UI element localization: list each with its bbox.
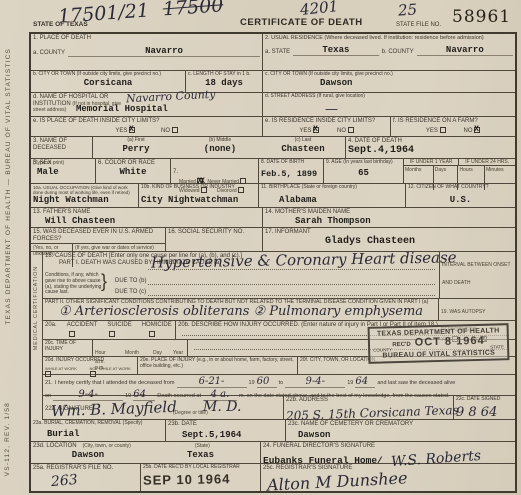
row-burial: 23a. BURIAL, CREMATION, REMOVAL (Specify…	[31, 420, 515, 442]
field-race: 6. COLOR OR RACE White	[96, 159, 171, 183]
row-city-stay: b. CITY OR TOWN (If outside city limits,…	[31, 71, 515, 93]
street-address-value: —	[325, 102, 338, 117]
suicide-label: SUICIDE	[107, 322, 131, 329]
field-autopsy: 19. WAS AUTOPSY PERFORMED? YES NO X	[439, 299, 515, 320]
location-city-value: Dawson	[33, 450, 143, 460]
occupation-value: Night Watchman	[33, 195, 136, 205]
middle-name-value: (none)	[181, 144, 259, 154]
row-name-dod: 3. NAME OF DECEASED (Type or print) (a) …	[31, 137, 515, 159]
hour-label: Hour	[95, 350, 106, 356]
to-word: to	[279, 380, 284, 386]
field-cemetery: 23c. NAME OF CEMETERY OR CREMATORY Dawso…	[286, 420, 515, 441]
field-citizen: 12. CITIZEN OF WHAT COUNTRY? U.S.	[406, 184, 515, 207]
printed-19-a: 19	[249, 380, 255, 386]
location-state-value: Texas	[143, 450, 258, 460]
accident-checkbox	[69, 331, 75, 337]
length-of-stay-label: c. LENGTH OF STAY in 1 b.	[188, 72, 260, 78]
field-informant: 17. INFORMANT Gladys Chasteen	[263, 228, 515, 251]
handwritten-page-number: 25	[397, 0, 417, 19]
burial-label: 23a. BURIAL, CREMATION, REMOVAL (Specify…	[33, 421, 163, 427]
homicide-checkbox	[149, 331, 155, 337]
residence-city-value: Dawson	[320, 78, 513, 88]
certificate-form: 1. PLACE OF DEATH a. COUNTY Navarro 2. U…	[29, 32, 517, 493]
death-limits-no: NO	[161, 127, 178, 135]
place-county-value: Navarro	[68, 46, 260, 57]
burial-date-value: Sept.5,1964	[182, 430, 283, 440]
printed-19-b: 19	[347, 380, 353, 386]
place-of-death-label: 1. PLACE OF DEATH	[33, 35, 260, 42]
year-label: Year	[173, 350, 183, 356]
if-under-24-hrs-label: IF UNDER 24 HRS.	[458, 159, 515, 165]
row-sex-race-age: 5. SEX Male 6. COLOR OR RACE White 7. Ma…	[31, 159, 515, 184]
field-occupation: 10a. USUAL OCCUPATION (Give kind of work…	[31, 184, 139, 207]
field-last-name: (c) Last Chasteen	[261, 137, 346, 158]
field-registrar-file-no: 25a. REGISTRAR'S FILE NO. 263	[31, 464, 141, 491]
day-label: Day	[153, 350, 162, 356]
row-part2-autopsy: PART II. OTHER SIGNIFICANT CONDITIONS CO…	[43, 299, 515, 321]
certify-text2: and last saw the deceased alive	[377, 380, 455, 386]
cemetery-label: 23c. NAME OF CEMETERY OR CREMATORY	[288, 421, 513, 428]
field-residence-city: c. CITY OR TOWN (If outside city limits,…	[263, 71, 515, 92]
certificate-header: STATE OF TEXAS 17501/2117500 CERTIFICATE…	[0, 0, 521, 32]
field-certification: 21. I hereby certify that I attended the…	[43, 375, 515, 395]
attended-to-date: 9-4-	[285, 376, 345, 388]
field-industry: 10b. KIND OF BUSINESS OR INDUSTRY City N…	[139, 184, 259, 207]
field-burial-location: 23d. LOCATION (City, town, or county) (S…	[31, 442, 261, 463]
armed-forces-label: 15. WAS DECEASED EVER IN U.S. ARMED FORC…	[31, 228, 165, 244]
field-time-of-injury: 20c. TIME OF INJURY	[43, 340, 93, 356]
residence-county-value: Navarro	[417, 45, 513, 56]
last-name-value: Chasteen	[263, 144, 343, 154]
date-of-death-label: 4. DATE OF DEATH	[348, 138, 513, 145]
field-death-city-limits: e. IS PLACE OF DEATH INSIDE CITY LIMITS?…	[31, 117, 263, 136]
received-stamp: TEXAS DEPARTMENT OF HEALTH REC'D OCT 8 1…	[368, 323, 510, 364]
sex-label: 5. SEX	[33, 160, 93, 167]
industry-label: 10b. KIND OF BUSINESS OR INDUSTRY	[141, 185, 256, 191]
field-injury-month: Month	[123, 340, 151, 356]
cemetery-value: Dawson	[298, 430, 513, 440]
death-certificate-scan: TEXAS DEPARTMENT OF HEALTH — BUREAU OF V…	[0, 0, 521, 495]
death-limits-no-checkbox	[172, 127, 178, 133]
field-place-city: b. CITY OR TOWN (If outside city limits,…	[31, 71, 186, 92]
row-registrar: 25a. REGISTRAR'S FILE NO. 263 25b. DATE …	[31, 464, 515, 491]
row-occupation: 10a. USUAL OCCUPATION (Give kind of work…	[31, 184, 515, 208]
field-date-signed: 22c. DATE SIGNED 9 8 64	[454, 396, 515, 419]
registrar-received-label: 25b. DATE REC'D BY LOCAL REGISTRAR	[143, 465, 258, 471]
medical-strip: MEDICAL CERTIFICATION	[31, 252, 43, 420]
field-registrar-signature: 25c. REGISTRAR'S SIGNATURE Alton M Dunsh…	[261, 464, 515, 491]
field-birthplace: 11. BIRTHPLACE (State or foreign country…	[259, 184, 406, 207]
death-city-limits-label: e. IS PLACE OF DEATH INSIDE CITY LIMITS?	[33, 118, 260, 125]
place-county-label: a. COUNTY	[33, 50, 65, 57]
field-date-of-death: 4. DATE OF DEATH Sept.4,1964	[346, 137, 515, 158]
marital-label: 7.	[173, 169, 178, 175]
date-of-birth-label: 8. DATE OF BIRTH	[261, 160, 321, 166]
field-mother: 14. MOTHER'S MAIDEN NAME Sarah Thompson	[263, 208, 515, 227]
residence-state-value: Texas	[293, 45, 379, 56]
birthplace-value: Alabama	[279, 195, 403, 205]
field-physician-address: 22b. ADDRESS 205 S. 15th Corsicana Texas	[284, 396, 454, 419]
residence-county-label: b. COUNTY	[382, 49, 414, 56]
residence-limits-no-checkbox	[348, 127, 354, 133]
place-of-injury-label: 20e. PLACE OF INJURY (e.g., in or about …	[140, 358, 295, 369]
state-file-number: 58961	[452, 7, 511, 27]
field-sex: 5. SEX Male	[31, 159, 96, 183]
row-physician: 22a. SIGNATURE Wm. B. Mayfield M. D. (De…	[43, 396, 515, 420]
suicide-checkbox	[109, 331, 115, 337]
field-marital-status: 7. Married XX Never Married Widowed Divo…	[171, 159, 259, 183]
due-to-b-label: DUE TO (b)	[115, 278, 146, 285]
location-state-sub: (State)	[195, 443, 210, 450]
field-father: 13. FATHER'S NAME Will Chasteen	[31, 208, 263, 227]
hospital-value: Memorial Hospital	[76, 104, 168, 114]
field-hospital: d. NAME OF HOSPITAL OR INSTITUTION (If n…	[31, 93, 263, 116]
row-limits-farm: e. IS PLACE OF DEATH INSIDE CITY LIMITS?…	[31, 117, 515, 137]
farm-yes-checkbox	[440, 127, 446, 133]
state-file-no-label: STATE FILE NO.	[396, 22, 441, 28]
physician-degree-value: M. D.	[203, 399, 241, 415]
field-burial-date: 23b. DATE Sept.5,1964	[166, 420, 286, 441]
field-date-of-birth: 8. DATE OF BIRTH Feb.5, 1899	[259, 159, 324, 183]
field-physician-signature: 22a. SIGNATURE Wm. B. Mayfield M. D. (De…	[43, 396, 284, 419]
industry-value: City Nightwatchman	[141, 195, 256, 205]
place-city-value: Corsicana	[33, 78, 183, 88]
row-place-residence: 1. PLACE OF DEATH a. COUNTY Navarro 2. U…	[31, 34, 515, 71]
burial-value: Burial	[47, 429, 163, 439]
ssn-label: 16. SOCIAL SECURITY NO.	[168, 229, 260, 236]
field-injury-year: Year	[171, 340, 188, 356]
field-age: 9. AGE (In years last birthday) 65	[324, 159, 404, 183]
race-value: White	[98, 167, 168, 177]
field-place-of-death: 1. PLACE OF DEATH a. COUNTY Navarro	[31, 34, 263, 70]
if-under-1-year-label: IF UNDER 1 YEAR	[404, 159, 458, 165]
citizen-label: 12. CITIZEN OF WHAT COUNTRY?	[408, 185, 513, 191]
field-funeral-director: 24. FUNERAL DIRECTOR'S SIGNATURE Eubanks…	[261, 442, 515, 463]
date-signed-value: 9 8 64	[456, 405, 497, 420]
medical-certification-vertical-label: MEDICAL CERTIFICATION	[33, 266, 39, 350]
mother-label: 14. MOTHER'S MAIDEN NAME	[265, 209, 513, 216]
left-margin-agency-text: TEXAS DEPARTMENT OF HEALTH — BUREAU OF V…	[5, 48, 12, 325]
row-certification: 21. I hereby certify that I attended the…	[43, 375, 515, 396]
registrar-date-stamp: SEP 10 1964	[143, 471, 231, 488]
field-if-under: IF UNDER 1 YEAR IF UNDER 24 HRS. Months …	[404, 159, 515, 183]
certify-21-label: 21.	[45, 380, 53, 386]
residence-state-label: a. STATE	[265, 49, 290, 56]
death-limits-yes-checkbox: X	[129, 127, 135, 133]
street-address-label: d. STREET ADDRESS (If rural, give locati…	[265, 94, 513, 100]
field-armed-forces: 15. WAS DECEASED EVER IN U.S. ARMED FORC…	[31, 228, 166, 251]
farm-no-checkbox: X	[474, 127, 480, 133]
attended-from-year: 60	[257, 376, 277, 388]
field-usual-residence: 2. USUAL RESIDENCE (Where deceased lived…	[263, 34, 515, 70]
birthplace-label: 11. BIRTHPLACE (State or foreign country…	[261, 185, 403, 191]
location-city-sub: (City, town, or county)	[83, 443, 131, 450]
residence-farm-label: f. IS RESIDENCE ON A FARM?	[393, 118, 513, 125]
registrar-file-label: 25a. REGISTRAR'S FILE NO.	[33, 465, 138, 472]
field-residence-farm: f. IS RESIDENCE ON A FARM? YES NO X	[391, 117, 515, 136]
length-of-stay-value: 18 days	[188, 78, 260, 88]
residence-limits-yes-checkbox: X	[313, 127, 319, 133]
field-injury-occurred: 20d. INJURY OCCURRED WHILE AT WORK NOT W…	[43, 357, 138, 374]
father-label: 13. FATHER'S NAME	[33, 209, 260, 216]
age-value: 65	[326, 168, 401, 178]
age-label: 9. AGE (In years last birthday)	[326, 160, 401, 166]
field-middle-name: (b) Middle (none)	[179, 137, 261, 158]
month-label: Month	[125, 350, 139, 356]
degree-or-title-label: (Degree or title)	[173, 410, 208, 416]
row-hospital-street: d. NAME OF HOSPITAL OR INSTITUTION (If n…	[31, 93, 515, 117]
attended-from-date: 6-21-	[177, 376, 247, 388]
residence-limits-no: NO	[337, 127, 354, 135]
field-accident-suicide-homicide: 20a. ACCIDENT SUICIDE HOMICIDE	[43, 321, 176, 339]
stamp-date: OCT 8 1964	[415, 335, 485, 349]
date-of-death-value: Sept.4,1964	[348, 145, 513, 156]
attended-to-year: 64	[355, 376, 375, 388]
informant-value: Gladys Chasteen	[325, 236, 513, 247]
race-label: 6. COLOR OR RACE	[98, 160, 168, 167]
residence-city-limits-label: e. IS RESIDENCE INSIDE CITY LIMITS?	[265, 118, 388, 125]
registrar-signature-value: Alton M Dunshee	[267, 468, 408, 494]
farm-no: NO X	[464, 127, 481, 135]
first-name-value: Perry	[95, 144, 177, 154]
registrar-file-value: 263	[50, 471, 78, 489]
field-residence-city-limits: e. IS RESIDENCE INSIDE CITY LIMITS? YES …	[263, 117, 391, 136]
field-injury-hour: Hour a.m. p.m.	[93, 340, 123, 356]
field-injury-day: Day	[151, 340, 171, 356]
certify-text1: I hereby certify that I attended the dec…	[55, 380, 175, 386]
injury-occurred-label: 20d. INJURY OCCURRED	[45, 358, 135, 364]
informant-label: 17. INFORMANT	[265, 229, 513, 236]
field-ssn: 16. SOCIAL SECURITY NO.	[166, 228, 263, 251]
time-of-injury-label: 20c. TIME OF INJURY	[45, 341, 90, 352]
field-registrar-received: 25b. DATE REC'D BY LOCAL REGISTRAR SEP 1…	[141, 464, 261, 491]
farm-yes: YES	[426, 127, 446, 135]
left-margin-form-number: VS-112, REV. 1/58	[4, 402, 11, 476]
row-cause-of-death: 18. CAUSE OF DEATH [Enter only one cause…	[43, 252, 515, 299]
location-label: 23d. LOCATION	[33, 443, 77, 450]
homicide-label: HOMICIDE	[142, 322, 172, 329]
physician-signature-value: Wm. B. Mayfield	[51, 398, 177, 420]
date-of-birth-value: Feb.5, 1899	[261, 169, 321, 179]
place-city-label: b. CITY OR TOWN (If outside city limits,…	[33, 72, 183, 78]
field-part2: PART II. OTHER SIGNIFICANT CONDITIONS CO…	[43, 299, 439, 320]
death-limits-yes: YES X	[115, 127, 135, 135]
due-to-c-label: DUE TO (c)	[115, 289, 146, 296]
field-place-of-injury: 20e. PLACE OF INJURY (e.g., in or about …	[138, 357, 298, 374]
field-name-label: 3. NAME OF DECEASED (Type or print)	[31, 137, 93, 158]
field-street-address: d. STREET ADDRESS (If rural, give locati…	[263, 93, 515, 116]
mother-value: Sarah Thompson	[295, 216, 513, 226]
field-burial: 23a. BURIAL, CREMATION, REMOVAL (Specify…	[31, 420, 166, 441]
row-location-funeral: 23d. LOCATION (City, town, or county) (S…	[31, 442, 515, 464]
injury-20a-label: 20a.	[45, 322, 57, 329]
date-signed-label: 22c. DATE SIGNED	[456, 397, 513, 403]
usual-residence-label: 2. USUAL RESIDENCE (Where deceased lived…	[265, 35, 513, 41]
residence-limits-yes: YES X	[299, 127, 319, 135]
burial-date-label: 23b. DATE	[168, 421, 283, 428]
citizen-value: U.S.	[408, 195, 513, 205]
father-value: Will Chasteen	[45, 216, 260, 226]
accident-label: ACCIDENT	[67, 322, 98, 329]
occupation-label: 10a. USUAL OCCUPATION (Give kind of work…	[33, 185, 136, 195]
address-label: 22b. ADDRESS	[286, 397, 451, 404]
handwritten-ledger-numbers: 17501/2117500	[57, 0, 224, 28]
part2-value: ① Arteriosclerosis obliterans ② Pulmonar…	[59, 304, 423, 319]
name-of-deceased-label: 3. NAME OF DECEASED	[33, 138, 90, 151]
field-first-name: (a) First Perry	[93, 137, 179, 158]
row-parents: 13. FATHER'S NAME Will Chasteen 14. MOTH…	[31, 208, 515, 228]
stamp-recd-label: REC'D	[392, 342, 411, 348]
sex-value: Male	[37, 167, 93, 177]
